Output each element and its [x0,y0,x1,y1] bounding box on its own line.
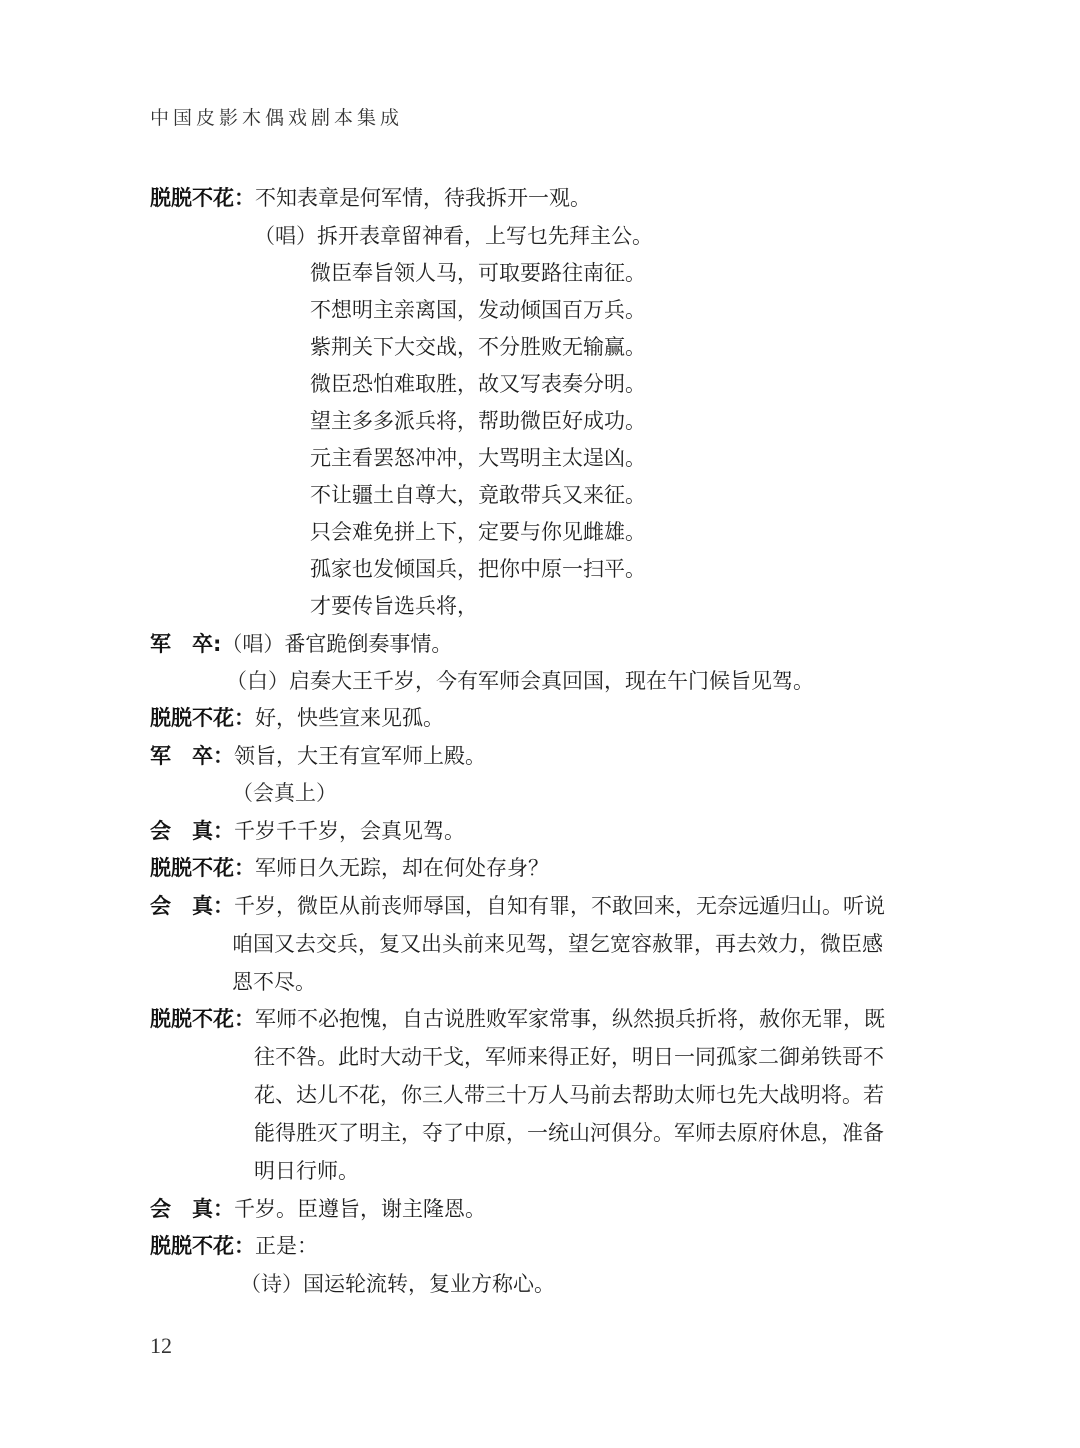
script-line: 恩不尽。 [232,968,316,996]
script-line: 只会难免拼上下，定要与你见雌雄。 [310,518,646,546]
script-line: 军卒：领旨，大王有宣军师上殿。 [150,742,486,770]
script-line: 不让疆土自尊大，竟敢带兵又来征。 [310,481,646,509]
dialogue-text: 咱国又去交兵，复又出头前来见驾，望乞宽容赦罪，再去效力，微臣感 [232,932,883,956]
dialogue-text: 启奏大王千岁，今有军师会真回国，现在午门候旨见驾。 [289,669,814,693]
script-line: 紫荆关下大交战，不分胜败无输赢。 [310,333,646,361]
dialogue-text: 拆开表章留神看，上写乜先拜主公。 [317,224,653,248]
script-line: 脱脱不花：正是： [150,1232,318,1260]
dialogue-text: 番官跪倒奏事情。 [284,632,452,656]
stage-direction: （白） [226,669,289,693]
script-line: 咱国又去交兵，复又出头前来见驾，望乞宽容赦罪，再去效力，微臣感 [232,930,883,958]
dialogue-text: 明日行师。 [254,1159,359,1183]
speaker-name: 脱脱不花 [150,184,234,212]
dialogue-text: 微臣奉旨领人马，可取要路往南征。 [310,261,646,285]
speaker-colon: ： [213,744,234,768]
speaker-colon: ： [213,819,234,843]
stage-direction: （唱） [254,224,317,248]
dialogue-text: 不想明主亲离国，发动倾国百万兵。 [310,298,646,322]
dialogue-text: 恩不尽。 [232,970,316,994]
dialogue-text: 能得胜灭了明主，夺了中原，一统山河俱分。军师去原府休息，准备 [254,1121,884,1145]
dialogue-text: 才要传旨选兵将， [310,594,478,618]
script-line: （唱）拆开表章留神看，上写乜先拜主公。 [254,222,653,250]
speaker-name: 会真 [150,892,213,920]
speaker-name: 脱脱不花 [150,1005,234,1033]
speaker-colon: ： [234,186,255,210]
stage-direction: （诗） [240,1272,303,1296]
page-number: 12 [150,1333,172,1359]
running-header-title: 中国皮影木偶戏剧本集成 [150,103,403,130]
speaker-name: 会真 [150,817,213,845]
dialogue-text: 花、达儿不花，你三人带三十万人马前去帮助太师乜先大战明将。若 [254,1083,884,1107]
script-line: （白）启奏大王千岁，今有军师会真回国，现在午门候旨见驾。 [226,667,814,695]
script-line: 孤家也发倾国兵，把你中原一扫平。 [310,555,646,583]
script-line: （会真上） [232,779,337,807]
speaker-name: 脱脱不花 [150,1232,234,1260]
script-line: （诗）国运轮流转，复业方称心。 [240,1270,555,1298]
script-line: 才要传旨选兵将， [310,592,478,620]
dialogue-text: 不知表章是何军情，待我拆开一观。 [255,186,591,210]
speaker-name: 军卒 [150,742,213,770]
dialogue-text: 领旨，大王有宣军师上殿。 [234,744,486,768]
script-line: 会真：千岁，微臣从前丧师辱国，自知有罪，不敢回来，无奈远遁归山。听说 [150,892,885,920]
dialogue-text: 军师不必抱愧，自古说胜败军家常事，纵然损兵折将，赦你无罪，既 [255,1007,885,1031]
speaker-colon: ： [213,894,234,918]
script-line: 明日行师。 [254,1157,359,1185]
dialogue-text: 望主多多派兵将，帮助微臣好成功。 [310,409,646,433]
speaker-name: 脱脱不花 [150,854,234,882]
script-line: 微臣奉旨领人马，可取要路往南征。 [310,259,646,287]
script-line: 脱脱不花：好，快些宣来见孤。 [150,704,444,732]
speaker-colon: ： [213,1197,234,1221]
dialogue-text: 千岁千千岁，会真见驾。 [234,819,465,843]
script-line: 脱脱不花：军师日久无踪，却在何处存身？ [150,854,549,882]
stage-direction: （唱） [221,632,284,656]
dialogue-text: 元主看罢怒冲冲，大骂明主太逞凶。 [310,446,646,470]
script-line: 元主看罢怒冲冲，大骂明主太逞凶。 [310,444,646,472]
speaker-name: 脱脱不花 [150,704,234,732]
script-line: 望主多多派兵将，帮助微臣好成功。 [310,407,646,435]
script-line: 军卒:（唱）番官跪倒奏事情。 [150,630,452,658]
script-line: 会真：千岁。臣遵旨，谢主隆恩。 [150,1195,486,1223]
speaker-colon: ： [234,1234,255,1258]
speaker-name: 军卒 [150,630,213,658]
dialogue-text: 孤家也发倾国兵，把你中原一扫平。 [310,557,646,581]
dialogue-text: 军师日久无踪，却在何处存身？ [255,856,549,880]
script-line: 微臣恐怕难取胜，故又写表奏分明。 [310,370,646,398]
dialogue-text: 千岁。臣遵旨，谢主隆恩。 [234,1197,486,1221]
script-line: 花、达儿不花，你三人带三十万人马前去帮助太师乜先大战明将。若 [254,1081,884,1109]
speaker-colon: ： [234,856,255,880]
script-line: 不想明主亲离国，发动倾国百万兵。 [310,296,646,324]
speaker-name: 会真 [150,1195,213,1223]
script-line: 脱脱不花：不知表章是何军情，待我拆开一观。 [150,184,591,212]
dialogue-text: 正是： [255,1234,318,1258]
dialogue-text: 微臣恐怕难取胜，故又写表奏分明。 [310,372,646,396]
dialogue-text: 往不咎。此时大动干戈，军师来得正好，明日一同孤家二御弟铁哥不 [254,1045,884,1069]
script-line: 会真：千岁千千岁，会真见驾。 [150,817,465,845]
speaker-colon: ： [234,706,255,730]
stage-direction: （会真上） [232,781,337,805]
dialogue-text: 只会难免拼上下，定要与你见雌雄。 [310,520,646,544]
dialogue-text: 国运轮流转，复业方称心。 [303,1272,555,1296]
dialogue-text: 不让疆土自尊大，竟敢带兵又来征。 [310,483,646,507]
script-line: 能得胜灭了明主，夺了中原，一统山河俱分。军师去原府休息，准备 [254,1119,884,1147]
dialogue-text: 好，快些宣来见孤。 [255,706,444,730]
dialogue-text: 紫荆关下大交战，不分胜败无输赢。 [310,335,646,359]
script-line: 往不咎。此时大动干戈，军师来得正好，明日一同孤家二御弟铁哥不 [254,1043,884,1071]
speaker-colon: ： [234,1007,255,1031]
dialogue-text: 千岁，微臣从前丧师辱国，自知有罪，不敢回来，无奈远遁归山。听说 [234,894,885,918]
script-line: 脱脱不花：军师不必抱愧，自古说胜败军家常事，纵然损兵折将，赦你无罪，既 [150,1005,885,1033]
